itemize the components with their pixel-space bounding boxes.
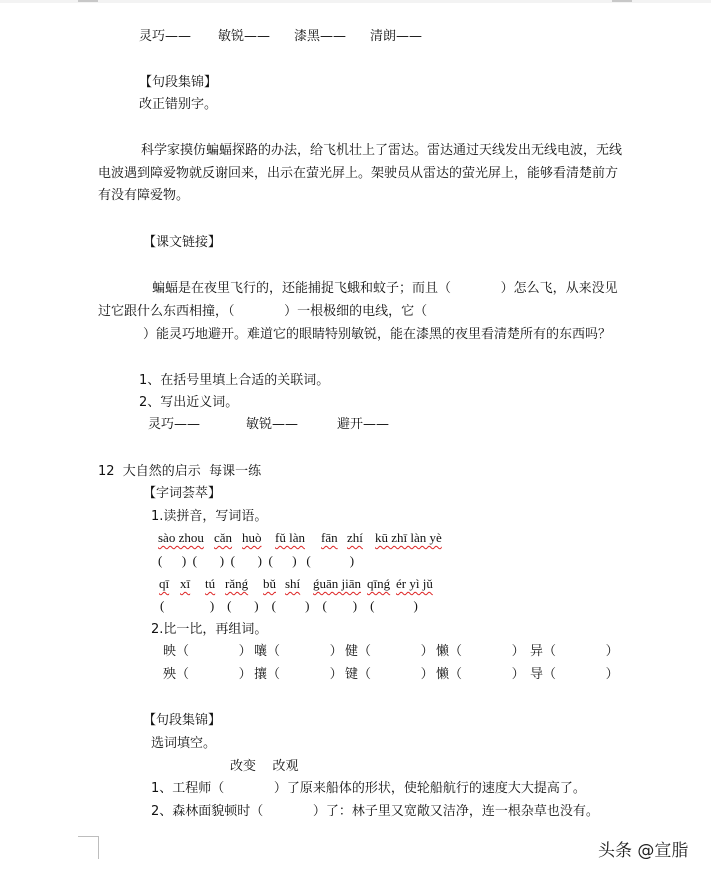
question: 1.读拼音，写词语。 [151,509,267,525]
margin-mark-left [78,0,98,2]
question: 2.比一比，再组词。 [151,622,267,638]
compare-item[interactable]: 懒（ ） [436,667,525,683]
pinyin: qīnǵ [367,576,390,592]
pinyin: cǎn [214,530,232,546]
synonym-item: 灵巧—— [139,29,191,45]
fill-item[interactable]: 2、森林面貌顿时（ ）了：林子里又宽敞又洁净，连一根杂草也没有。 [151,804,599,820]
paragraph-line: 科学家摸仿蝙蝠探路的办法，给飞机壮上了雷达。雷达通过天线发出无线电波，无线 [141,143,622,159]
compare-item[interactable]: 嚷（ ） [254,644,343,660]
paragraph-line: 有没有障爱物。 [98,188,189,204]
synonym-item: 漆黑—— [294,29,346,45]
answer-brackets[interactable]: ( ) ( ) ( ) ( ) ( ) [158,553,354,569]
section-heading: 【课文链接】 [143,235,221,251]
compare-item[interactable]: 殃（ ） [163,667,252,683]
synonym-item: 避开—— [337,417,389,433]
synonym-item: 敏锐—— [218,29,270,45]
paragraph-line: 蝙蝠是在夜里飞行的，还能捕捉飞蛾和蚊子；而且（ ）怎么飞，从来没见 [152,281,618,297]
lesson-title: 12 大自然的启示 每课一练 [98,464,261,480]
section-heading: 【句段集锦】 [143,713,221,729]
compare-item[interactable]: 键（ ） [345,667,434,683]
compare-item[interactable]: 映（ ） [163,644,252,660]
margin-corner-mark [78,836,99,859]
instruction: 改正错别字。 [139,97,217,113]
pinyin: ǵuān jiān [313,576,361,592]
paragraph-line: 过它跟什么东西相撞，（ ）一根极细的电线，它（ [98,304,427,320]
synonym-item: 清朗—— [370,29,422,45]
pinyin: fān [321,530,338,546]
compare-item[interactable]: 攘（ ） [254,667,343,683]
pinyin: kū zhī làn yè [375,530,442,546]
paragraph-line: ）能灵巧地避开。难道它的眼睛特别敏锐，能在漆黑的夜里看清楚所有的东西吗？ [143,327,611,343]
synonym-item: 灵巧—— [148,417,200,433]
section-heading: 【句段集锦】 [139,75,217,91]
paragraph-line: 电波遇到障爱物就反谢回来，出示在萤光屏上。架驶员从雷达的萤光屏上，能够看清楚前方 [98,166,618,182]
compare-item[interactable]: 健（ ） [345,644,434,660]
question: 2、写出近义词。 [139,395,238,411]
pinyin: huò [242,530,262,546]
answer-brackets[interactable]: ( ) ( ) ( ) ( ) ( ) [160,598,418,614]
synonym-item: 敏锐—— [246,417,298,433]
pinyin: zhí [347,530,363,546]
pinyin: rǎnǵ [225,576,248,592]
compare-item[interactable]: 导（ ） [530,667,619,683]
margin-mark-right [612,0,632,2]
pinyin: xī [180,576,190,592]
pinyin: tú [205,576,215,592]
pinyin: fǔ làn [275,530,305,546]
section-heading: 【字词荟萃】 [143,486,221,502]
compare-item[interactable]: 懒（ ） [436,644,525,660]
compare-item[interactable]: 异（ ） [530,644,619,660]
watermark: 头条 @宣脂 [598,836,688,861]
pinyin: shí [285,576,300,592]
fill-item[interactable]: 1、工程师（ ）了原来船体的形状，使轮船航行的速度大大提高了。 [151,781,586,797]
page-top-edge [0,0,711,3]
word-choices: 改变 改观 [230,759,299,775]
question: 1、在括号里填上合适的关联词。 [139,373,329,389]
instruction: 选词填空。 [151,736,216,752]
pinyin: bǔ [263,576,276,592]
pinyin: qī [159,576,169,592]
pinyin: sào zhou [158,530,204,546]
pinyin: ér yì jǔ [396,576,433,592]
